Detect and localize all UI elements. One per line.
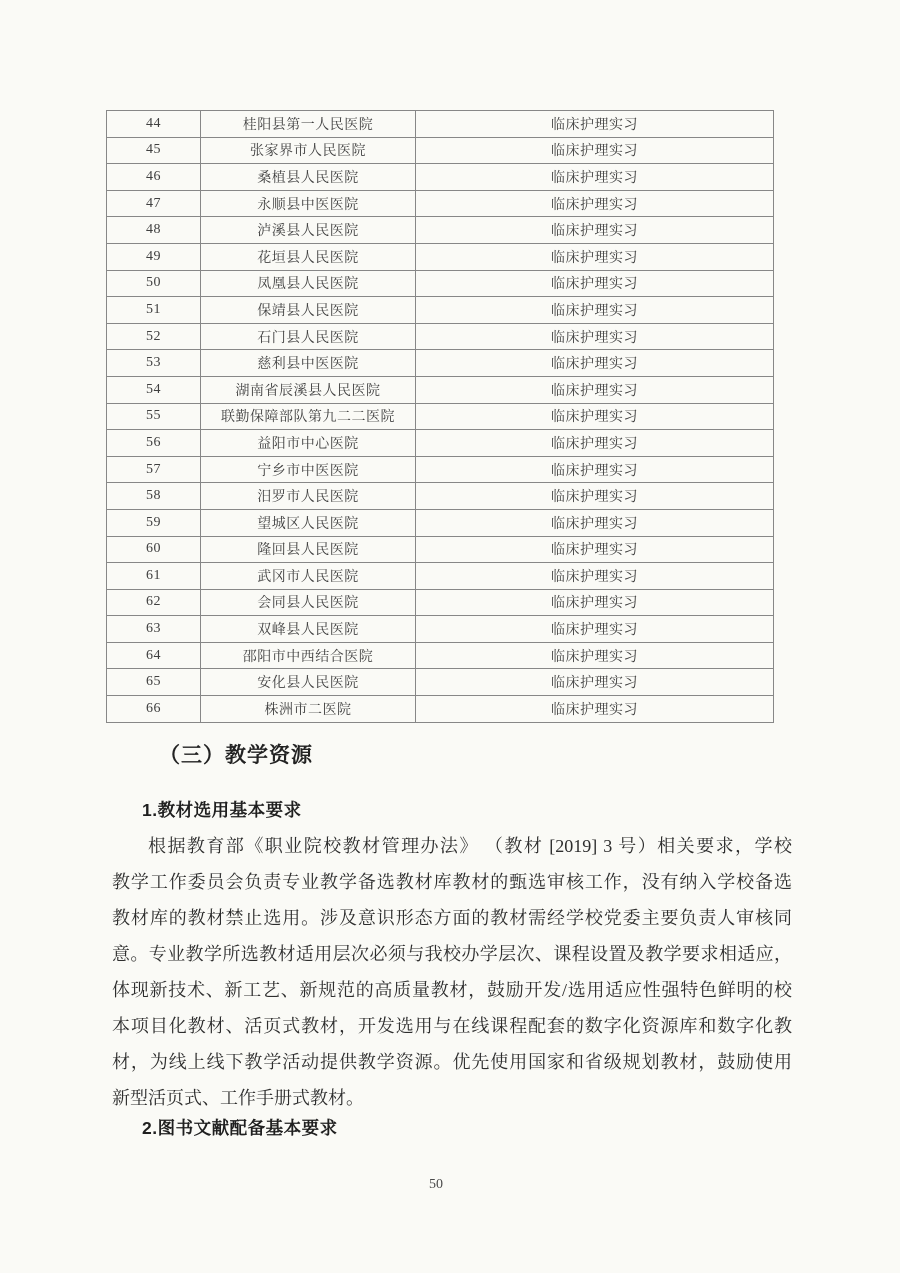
- row-number-cell: 66: [107, 696, 201, 723]
- row-number-cell: 54: [107, 376, 201, 403]
- program-name-cell: 临床护理实习: [416, 509, 774, 536]
- hospital-name-cell: 汨罗市人民医院: [201, 483, 416, 510]
- row-number-cell: 53: [107, 350, 201, 377]
- hospital-name-cell: 望城区人民医院: [201, 509, 416, 536]
- program-name-cell: 临床护理实习: [416, 111, 774, 138]
- table-row: 60 隆回县人民医院 临床护理实习: [107, 536, 774, 563]
- hospital-name-cell: 保靖县人民医院: [201, 297, 416, 324]
- program-name-cell: 临床护理实习: [416, 696, 774, 723]
- row-number-cell: 55: [107, 403, 201, 430]
- subsection-heading-textbook-selection: 1.教材选用基本要求: [142, 797, 302, 822]
- program-name-cell: 临床护理实习: [416, 323, 774, 350]
- table-row: 63 双峰县人民医院 临床护理实习: [107, 616, 774, 643]
- row-number-cell: 44: [107, 111, 201, 138]
- table-row: 45 张家界市人民医院 临床护理实习: [107, 137, 774, 164]
- program-name-cell: 临床护理实习: [416, 164, 774, 191]
- paragraph-line: 教材库的教材禁止选用。涉及意识形态方面的教材需经学校党委主要负责人审核同: [112, 900, 792, 936]
- row-number-cell: 47: [107, 190, 201, 217]
- row-number-cell: 49: [107, 243, 201, 270]
- program-name-cell: 临床护理实习: [416, 430, 774, 457]
- hospital-name-cell: 联勤保障部队第九二二医院: [201, 403, 416, 430]
- row-number-cell: 60: [107, 536, 201, 563]
- hospital-name-cell: 邵阳市中西结合医院: [201, 642, 416, 669]
- row-number-cell: 65: [107, 669, 201, 696]
- program-name-cell: 临床护理实习: [416, 403, 774, 430]
- row-number-cell: 45: [107, 137, 201, 164]
- program-name-cell: 临床护理实习: [416, 376, 774, 403]
- hospital-name-cell: 花垣县人民医院: [201, 243, 416, 270]
- hospital-name-cell: 宁乡市中医医院: [201, 456, 416, 483]
- program-name-cell: 临床护理实习: [416, 642, 774, 669]
- hospital-name-cell: 益阳市中心医院: [201, 430, 416, 457]
- row-number-cell: 58: [107, 483, 201, 510]
- hospital-name-cell: 会同县人民医院: [201, 589, 416, 616]
- program-name-cell: 临床护理实习: [416, 536, 774, 563]
- table-row: 64 邵阳市中西结合医院 临床护理实习: [107, 642, 774, 669]
- table-row: 53 慈利县中医医院 临床护理实习: [107, 350, 774, 377]
- program-name-cell: 临床护理实习: [416, 137, 774, 164]
- row-number-cell: 52: [107, 323, 201, 350]
- row-number-cell: 48: [107, 217, 201, 244]
- table-row: 62 会同县人民医院 临床护理实习: [107, 589, 774, 616]
- program-name-cell: 临床护理实习: [416, 297, 774, 324]
- row-number-cell: 59: [107, 509, 201, 536]
- paragraph-line: 材，为线上线下教学活动提供教学资源。优先使用国家和省级规划教材，鼓励使用: [112, 1044, 792, 1080]
- table-row: 51 保靖县人民医院 临床护理实习: [107, 297, 774, 324]
- table-row: 61 武冈市人民医院 临床护理实习: [107, 563, 774, 590]
- hospital-name-cell: 株洲市二医院: [201, 696, 416, 723]
- program-name-cell: 临床护理实习: [416, 589, 774, 616]
- row-number-cell: 61: [107, 563, 201, 590]
- hospital-name-cell: 永顺县中医医院: [201, 190, 416, 217]
- hospital-name-cell: 桂阳县第一人民医院: [201, 111, 416, 138]
- hospital-name-cell: 石门县人民医院: [201, 323, 416, 350]
- table-row: 50 凤凰县人民医院 临床护理实习: [107, 270, 774, 297]
- table-row: 56 益阳市中心医院 临床护理实习: [107, 430, 774, 457]
- table-row: 52 石门县人民医院 临床护理实习: [107, 323, 774, 350]
- paragraph-line: 体现新技术、新工艺、新规范的高质量教材，鼓励开发/选用适应性强特色鲜明的校: [112, 972, 792, 1008]
- hospital-name-cell: 湖南省辰溪县人民医院: [201, 376, 416, 403]
- row-number-cell: 50: [107, 270, 201, 297]
- table-row: 49 花垣县人民医院 临床护理实习: [107, 243, 774, 270]
- program-name-cell: 临床护理实习: [416, 669, 774, 696]
- program-name-cell: 临床护理实习: [416, 350, 774, 377]
- paragraph-line: 教学工作委员会负责专业教学备选教材库教材的甄选审核工作，没有纳入学校备选: [112, 864, 792, 900]
- program-name-cell: 临床护理实习: [416, 483, 774, 510]
- hospital-name-cell: 凤凰县人民医院: [201, 270, 416, 297]
- program-name-cell: 临床护理实习: [416, 217, 774, 244]
- hospital-name-cell: 隆回县人民医院: [201, 536, 416, 563]
- hospital-name-cell: 安化县人民医院: [201, 669, 416, 696]
- table-row: 47 永顺县中医医院 临床护理实习: [107, 190, 774, 217]
- paragraph-line: 根据教育部《职业院校教材管理办法》 （教材 [2019] 3 号）相关要求，学校: [112, 828, 792, 864]
- hospital-name-cell: 武冈市人民医院: [201, 563, 416, 590]
- row-number-cell: 57: [107, 456, 201, 483]
- row-number-cell: 56: [107, 430, 201, 457]
- subsection-heading-library-resources: 2.图书文献配备基本要求: [142, 1115, 338, 1140]
- program-name-cell: 临床护理实习: [416, 243, 774, 270]
- row-number-cell: 63: [107, 616, 201, 643]
- table-row: 54 湖南省辰溪县人民医院 临床护理实习: [107, 376, 774, 403]
- hospital-table-body: 44 桂阳县第一人民医院 临床护理实习 45 张家界市人民医院 临床护理实习 4…: [107, 111, 774, 723]
- hospital-name-cell: 慈利县中医医院: [201, 350, 416, 377]
- row-number-cell: 46: [107, 164, 201, 191]
- hospital-name-cell: 泸溪县人民医院: [201, 217, 416, 244]
- row-number-cell: 51: [107, 297, 201, 324]
- table-row: 59 望城区人民医院 临床护理实习: [107, 509, 774, 536]
- table-row: 44 桂阳县第一人民医院 临床护理实习: [107, 111, 774, 138]
- row-number-cell: 64: [107, 642, 201, 669]
- paragraph-line: 意。专业教学所选教材适用层次必须与我校办学层次、课程设置及教学要求相适应，: [112, 936, 792, 972]
- program-name-cell: 临床护理实习: [416, 563, 774, 590]
- row-number-cell: 62: [107, 589, 201, 616]
- textbook-selection-paragraph: 根据教育部《职业院校教材管理办法》 （教材 [2019] 3 号）相关要求，学校…: [112, 828, 792, 1116]
- program-name-cell: 临床护理实习: [416, 616, 774, 643]
- table-row: 55 联勤保障部队第九二二医院 临床护理实习: [107, 403, 774, 430]
- hospital-internship-table: 44 桂阳县第一人民医院 临床护理实习 45 张家界市人民医院 临床护理实习 4…: [106, 110, 774, 723]
- program-name-cell: 临床护理实习: [416, 190, 774, 217]
- table-row: 57 宁乡市中医医院 临床护理实习: [107, 456, 774, 483]
- hospital-name-cell: 双峰县人民医院: [201, 616, 416, 643]
- page-number: 50: [0, 1177, 872, 1193]
- section-heading-teaching-resources: （三）教学资源: [159, 739, 313, 769]
- table-row: 66 株洲市二医院 临床护理实习: [107, 696, 774, 723]
- paragraph-line: 新型活页式、工作手册式教材。: [112, 1080, 792, 1116]
- table-row: 48 泸溪县人民医院 临床护理实习: [107, 217, 774, 244]
- program-name-cell: 临床护理实习: [416, 456, 774, 483]
- program-name-cell: 临床护理实习: [416, 270, 774, 297]
- document-page: 44 桂阳县第一人民医院 临床护理实习 45 张家界市人民医院 临床护理实习 4…: [0, 0, 900, 1273]
- table-row: 46 桑植县人民医院 临床护理实习: [107, 164, 774, 191]
- hospital-name-cell: 桑植县人民医院: [201, 164, 416, 191]
- table-row: 58 汨罗市人民医院 临床护理实习: [107, 483, 774, 510]
- hospital-name-cell: 张家界市人民医院: [201, 137, 416, 164]
- table-row: 65 安化县人民医院 临床护理实习: [107, 669, 774, 696]
- paragraph-line: 本项目化教材、活页式教材，开发选用与在线课程配套的数字化资源库和数字化教: [112, 1008, 792, 1044]
